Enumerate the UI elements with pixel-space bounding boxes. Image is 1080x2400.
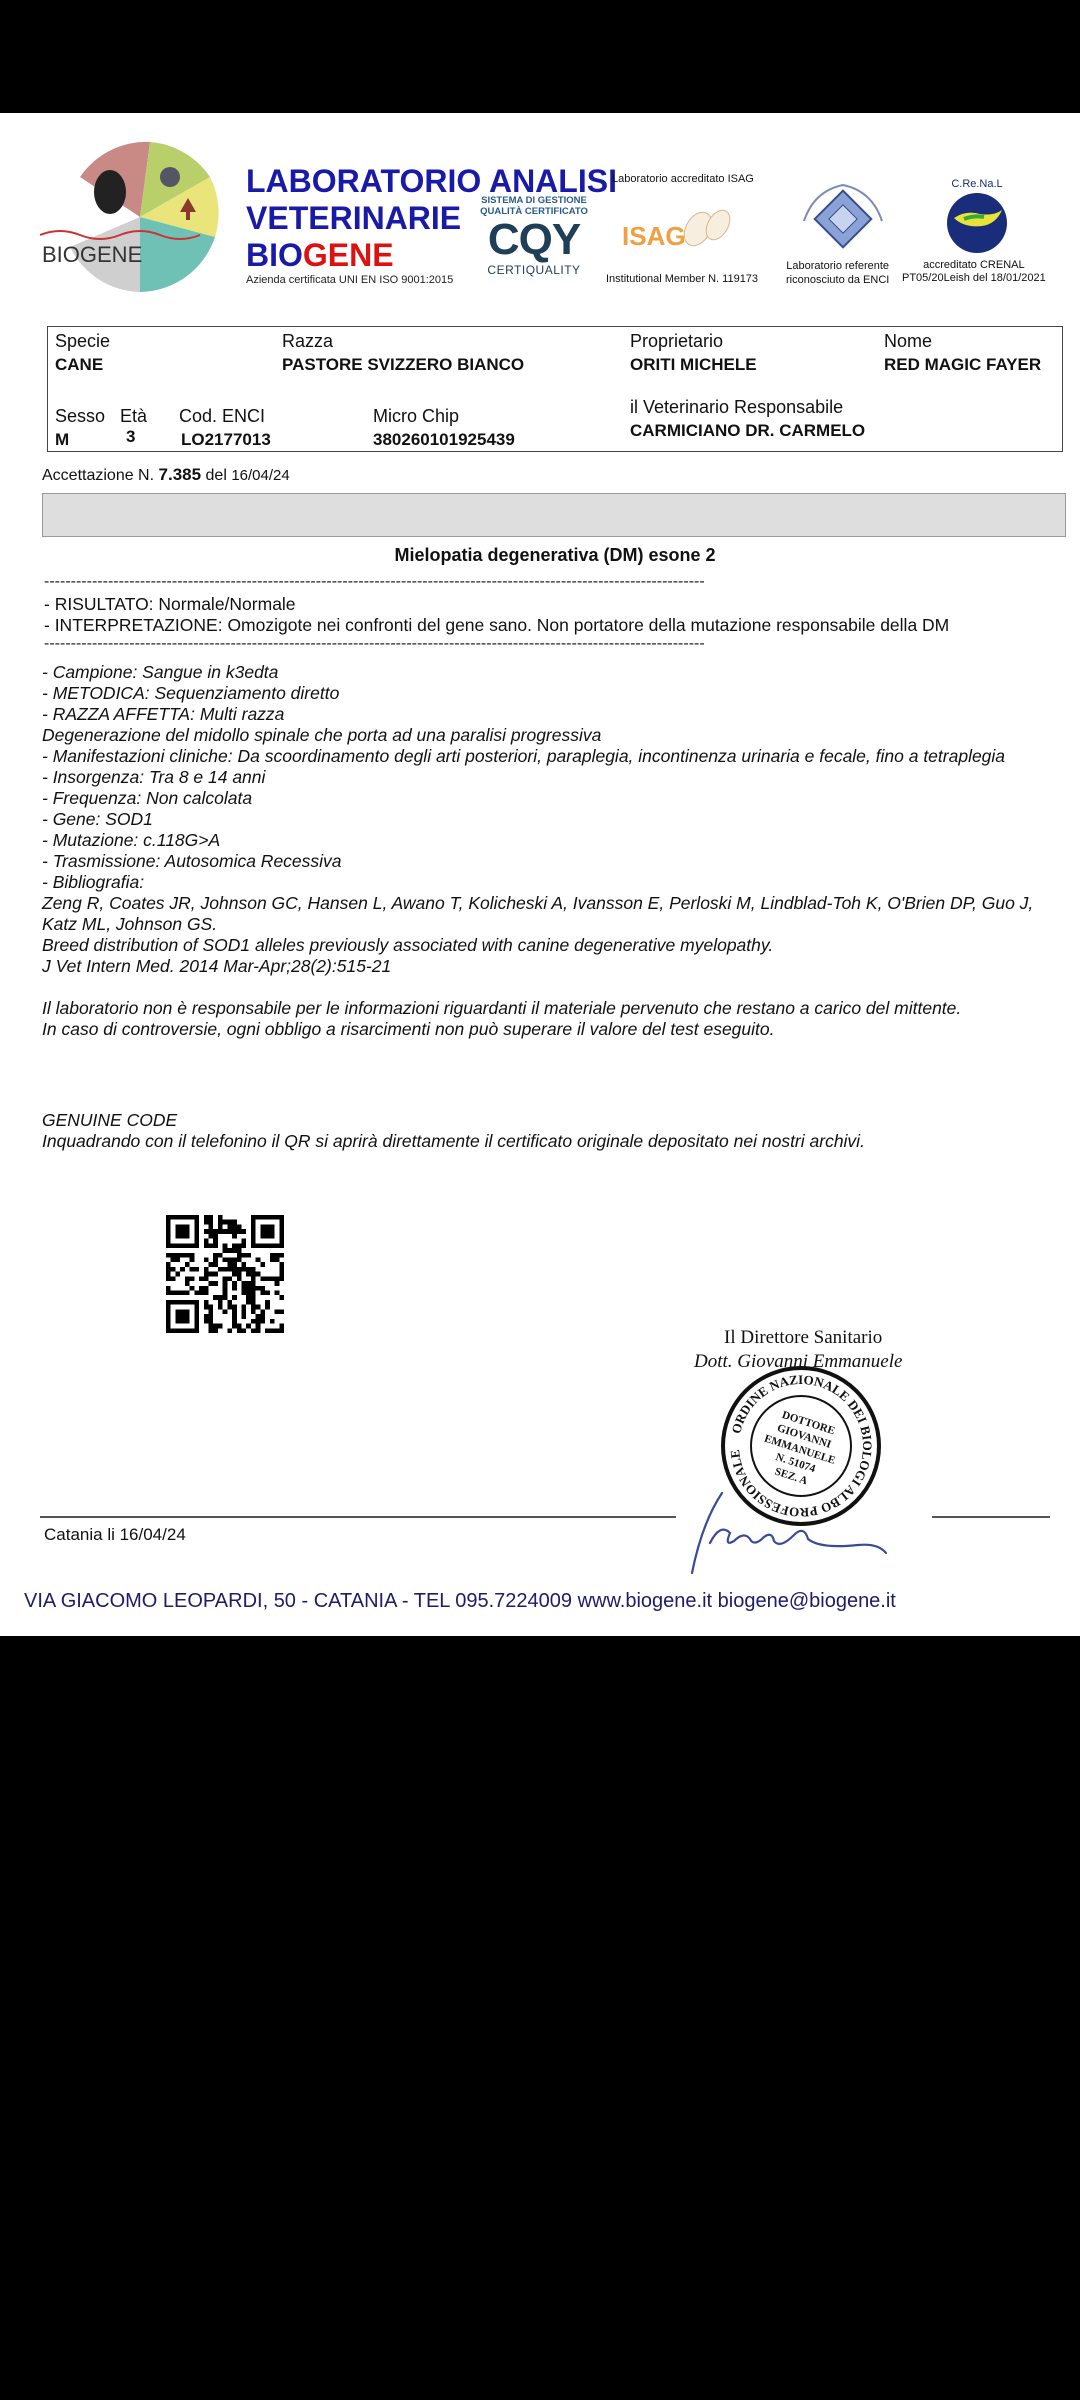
isag-member: Institutional Member N. 119173 [606, 273, 758, 285]
director-title: Il Direttore Sanitario [724, 1327, 882, 1349]
microchip-label: Micro Chip [373, 406, 459, 427]
isag-label: Laboratorio accreditato ISAG [612, 173, 754, 185]
bibliography-title: Breed distribution of SOD1 alleles previ… [42, 935, 1062, 956]
qr-code[interactable] [166, 1215, 284, 1333]
certificate-page: BIOGENE LABORATORIO ANALISI VETERINARIE … [0, 113, 1080, 1636]
razza-label: Razza [282, 331, 333, 352]
svg-text:ISAG: ISAG [622, 221, 686, 251]
detail-line: - METODICA: Sequenziamento diretto [42, 683, 1062, 704]
svg-text:C.Re.Na.L: C.Re.Na.L [951, 178, 1002, 190]
acceptance-number: Accettazione N. 7.385 del 16/04/24 [42, 465, 290, 485]
divider: ----------------------------------------… [44, 635, 704, 653]
enci-code-label: Cod. ENCI [179, 406, 265, 427]
eta-value: 3 [126, 427, 135, 447]
detail-line: Degenerazione del midollo spinale che po… [42, 725, 1062, 746]
divider: ----------------------------------------… [44, 573, 704, 591]
eta-label: Età [120, 406, 147, 427]
detail-line: - RAZZA AFFETTA: Multi razza [42, 704, 1062, 725]
risultato: - RISULTATO: Normale/Normale [44, 594, 296, 615]
nome-value: RED MAGIC FAYER [884, 355, 1041, 375]
patient-info-box: Specie CANE Razza PASTORE SVIZZERO BIANC… [47, 326, 1063, 452]
specie-value: CANE [55, 355, 103, 375]
enci-code-value: LO2177013 [181, 430, 271, 450]
nome-label: Nome [884, 331, 932, 352]
signature-line-right [932, 1516, 1050, 1518]
handwritten-signature [680, 1473, 920, 1583]
detail-line: - Insorgenza: Tra 8 e 14 anni [42, 767, 1062, 788]
proprietario-label: Proprietario [630, 331, 723, 352]
crenal-logo: C.Re.Na.L [934, 173, 1020, 259]
test-details: - Campione: Sangue in k3edta - METODICA:… [42, 662, 1062, 977]
certiquality-logo: SISTEMA DI GESTIONE QUALITÀ CERTIFICATO … [474, 195, 594, 277]
interpretazione: - INTERPRETAZIONE: Omozigote nei confron… [44, 615, 949, 636]
test-title: Mielopatia degenerativa (DM) esone 2 [0, 545, 1080, 566]
detail-line: - Manifestazioni cliniche: Da scoordinam… [42, 746, 1062, 767]
footer-contacts: VIA GIACOMO LEOPARDI, 50 - CATANIA - TEL… [24, 1590, 896, 1613]
bibliography-authors: Zeng R, Coates JR, Johnson GC, Hansen L,… [42, 893, 1062, 935]
detail-line: - Frequenza: Non calcolata [42, 788, 1062, 809]
svg-text:BIOGENE: BIOGENE [42, 242, 142, 267]
proprietario-value: ORITI MICHELE [630, 355, 757, 375]
razza-value: PASTORE SVIZZERO BIANCO [282, 355, 524, 375]
isag-logo: ISAG [620, 203, 740, 263]
vet-value: CARMICIANO DR. CARMELO [630, 421, 865, 441]
iso-certification: Azienda certificata UNI EN ISO 9001:2015 [246, 274, 453, 286]
crenal-label: accreditato CRENAL PT05/20Leish del 18/0… [902, 259, 1046, 285]
specie-label: Specie [55, 331, 110, 352]
biogene-logo: BIOGENE [40, 137, 230, 297]
disclaimer: Il laboratorio non è responsabile per le… [42, 998, 961, 1040]
vet-label: il Veterinario Responsabile [630, 397, 843, 418]
signature-line-left [40, 1516, 676, 1518]
place-date: Catania li 16/04/24 [44, 1525, 186, 1545]
genuine-code: GENUINE CODE Inquadrando con il telefoni… [42, 1110, 865, 1152]
detail-line: - Trasmissione: Autosomica Recessiva [42, 851, 1062, 872]
sesso-label: Sesso [55, 406, 105, 427]
detail-line: - Bibliografia: [42, 872, 1062, 893]
enci-logo [800, 181, 886, 257]
sesso-value: M [55, 430, 69, 450]
enci-label: Laboratorio referente riconosciuto da EN… [786, 259, 889, 287]
detail-line: - Mutazione: c.118G>A [42, 830, 1062, 851]
detail-line: - Gene: SOD1 [42, 809, 1062, 830]
detail-line: - Campione: Sangue in k3edta [42, 662, 1062, 683]
bibliography-journal: J Vet Intern Med. 2014 Mar-Apr;28(2):515… [42, 956, 1062, 977]
gray-bar [42, 493, 1066, 537]
microchip-value: 380260101925439 [373, 430, 515, 450]
